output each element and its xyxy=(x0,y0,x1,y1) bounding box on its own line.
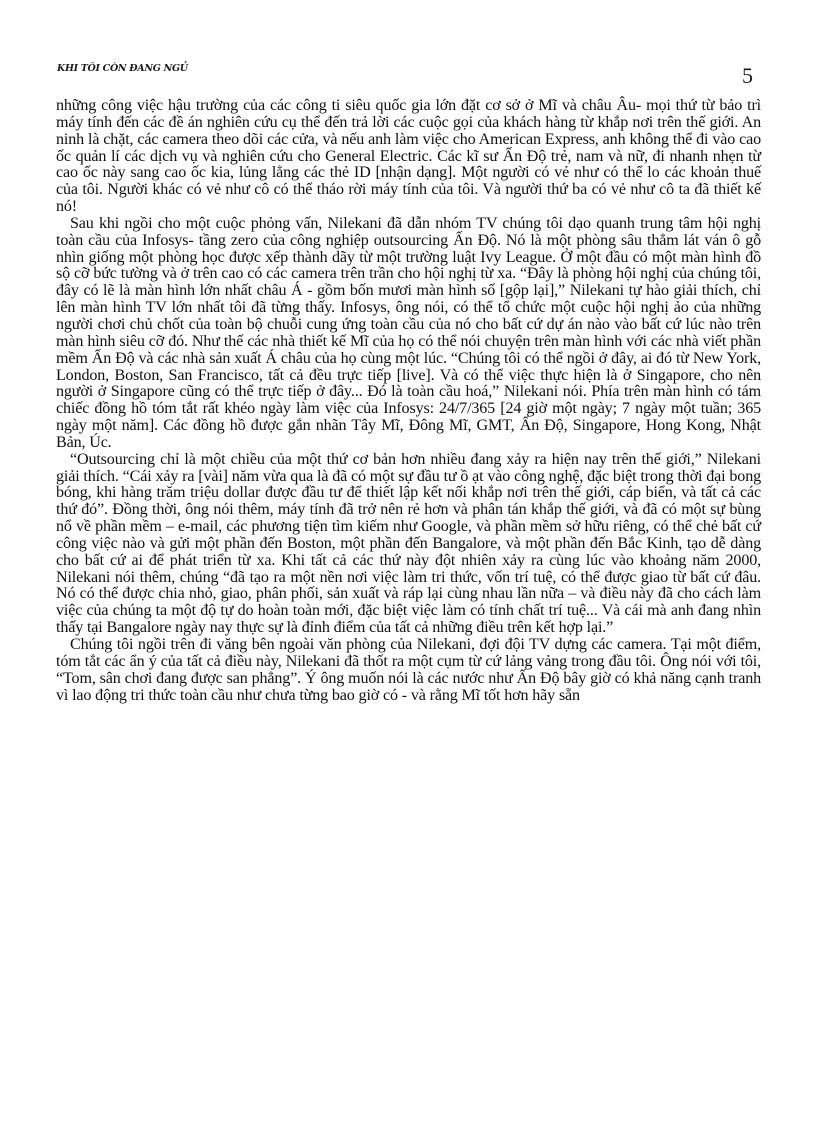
running-header-title: KHI TÔI CÒN ĐANG NGỦ xyxy=(57,63,188,74)
paragraph-conference-room: Sau khi ngồi cho một cuộc phỏng vấn, Nil… xyxy=(56,216,761,452)
paragraph-continuation: những công việc hậu trường của các công … xyxy=(56,98,761,216)
page-number: 5 xyxy=(742,63,753,89)
body-text: những công việc hậu trường của các công … xyxy=(56,98,761,704)
paragraph-level-playing-field: Chúng tôi ngồi trên đi văng bên ngoài vă… xyxy=(56,637,761,704)
paragraph-outsourcing-quote: “Outsourcing chỉ là một chiều của một th… xyxy=(56,452,761,637)
